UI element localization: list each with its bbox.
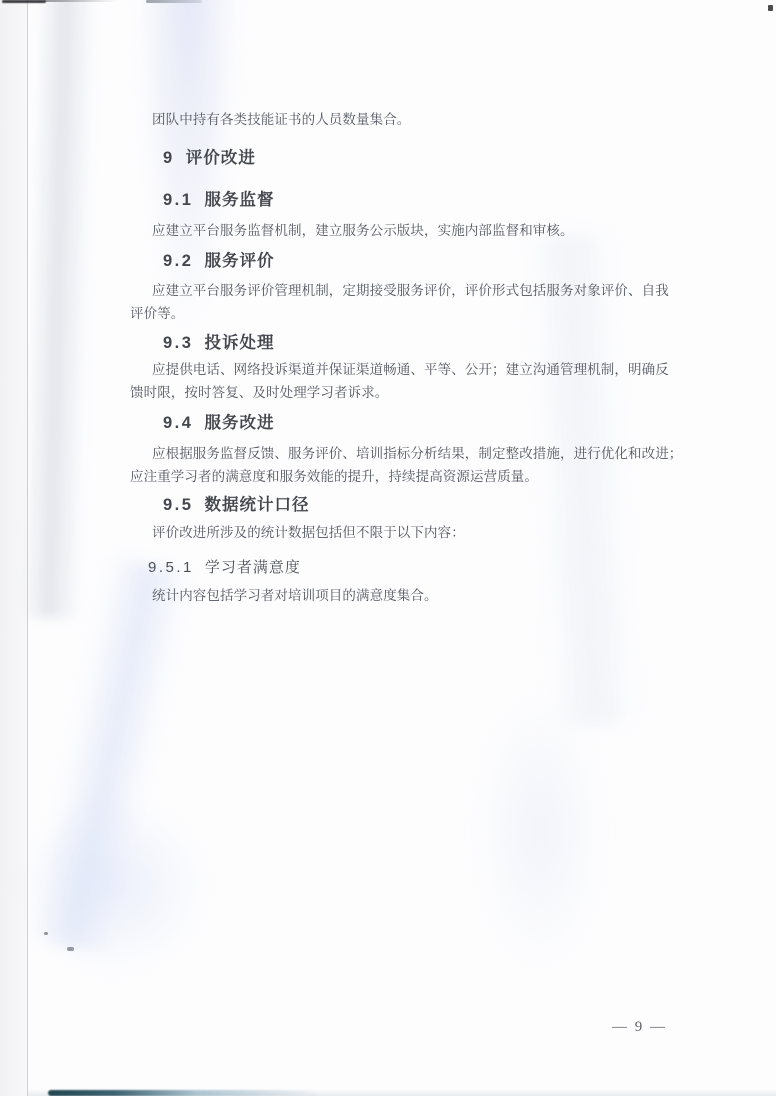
section-heading-9-1: 9.1服务监督: [163, 192, 274, 209]
body-text-line: 应建立平台服务监督机制，建立服务公示版块，实施内部监督和审核。: [152, 224, 574, 238]
body-text-line: 应根据服务监督反馈、服务评价、培训指标分析结果，制定整改措施，进行优化和改进；: [152, 447, 682, 461]
section-heading-9-2: 9.2服务评价: [163, 253, 274, 270]
body-text-line: 馈时限，按时答复、及时处理学习者诉求。: [130, 386, 388, 400]
heading-title: 数据统计口径: [204, 496, 309, 514]
paper-crease: [18, 795, 208, 975]
scan-shadow-streak: [48, 1090, 320, 1096]
heading-title: 评价改进: [186, 149, 256, 167]
paper-crease: [22, 0, 96, 619]
scan-smudge: [44, 0, 118, 2]
heading-number: 9.5.1: [148, 559, 194, 576]
paper-left-margin-shadow: [0, 0, 27, 1096]
heading-title: 服务改进: [204, 414, 274, 432]
heading-number: 9.5: [163, 496, 193, 514]
heading-number: 9: [163, 149, 175, 167]
body-text-line: 团队中持有各类技能证书的人员数量集合。: [152, 113, 410, 127]
page-number: — 9 —: [612, 1020, 667, 1035]
heading-number: 9.4: [163, 414, 193, 432]
scan-speck: [768, 5, 773, 11]
heading-number: 9.2: [163, 252, 193, 270]
section-heading-9: 9评价改进: [163, 150, 256, 167]
body-text-line: 应提供电话、网络投诉渠道并保证渠道畅通、平等、公开；建立沟通管理机制，明确反: [152, 363, 669, 377]
paper-edge: [27, 0, 28, 1096]
body-text-line: 评价改进所涉及的统计数据包括但不限于以下内容：: [152, 526, 465, 540]
scan-smudge: [2, 0, 46, 3]
heading-title: 服务监督: [204, 191, 274, 209]
paper-crease: [527, 233, 638, 727]
body-text-line: 应建立平台服务评价管理机制，定期接受服务评价，评价形式包括服务对象评价、自我: [152, 284, 669, 298]
scanned-document-page: 团队中持有各类技能证书的人员数量集合。 9评价改进 9.1服务监督 应建立平台服…: [0, 0, 776, 1096]
paper-crease: [28, 555, 192, 954]
heading-number: 9.1: [163, 191, 193, 209]
heading-number: 9.3: [163, 334, 193, 352]
heading-title: 学习者满意度: [205, 559, 301, 576]
paper-crease: [475, 690, 605, 970]
scan-speck: [67, 947, 74, 951]
section-heading-9-4: 9.4服务改进: [163, 415, 274, 432]
body-text-line: 应注重学习者的满意度和服务效能的提升，持续提高资源运营质量。: [130, 470, 538, 484]
heading-title: 服务评价: [204, 252, 274, 270]
section-heading-9-5-1: 9.5.1学习者满意度: [148, 560, 301, 575]
body-text-line: 统计内容包括学习者对培训项目的满意度集合。: [152, 589, 438, 603]
section-heading-9-3: 9.3投诉处理: [163, 335, 274, 352]
section-heading-9-5: 9.5数据统计口径: [163, 497, 309, 514]
heading-title: 投诉处理: [204, 334, 274, 352]
scan-speck: [44, 932, 48, 935]
paper-bottom-edge-shadow: [27, 1089, 776, 1096]
scan-smudge: [146, 0, 202, 3]
body-text-line: 评价等。: [130, 307, 184, 321]
